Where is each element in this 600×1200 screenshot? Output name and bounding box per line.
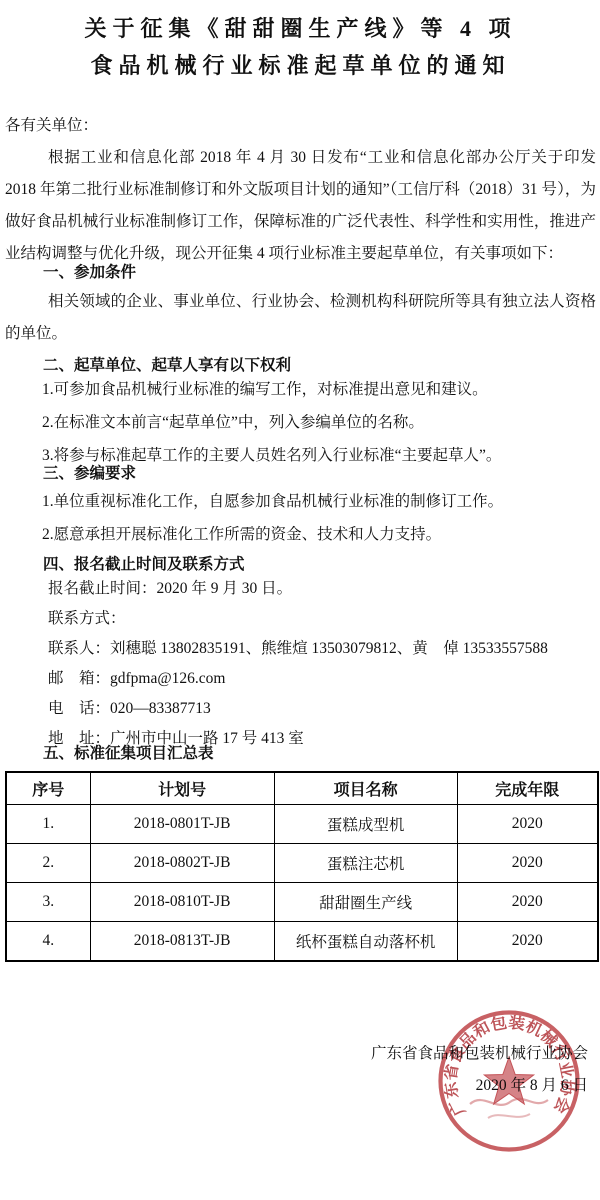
table-cell: 2020 [457,922,598,962]
table-cell: 纸杯蛋糕自动落杯机 [274,922,457,962]
table-cell: 2018-0801T-JB [90,805,274,844]
table-row: 3. 2018-0810T-JB 甜甜圈生产线 2020 [6,883,598,922]
table-header-cell: 项目名称 [274,772,457,805]
notice-document: 关于征集《甜甜圈生产线》等 4 项 食品机械行业标准起草单位的通知 各有关单位：… [0,0,600,1200]
section-2-items: 1.可参加食品机械行业标准的编写工作，对标准提出意见和建议。 2.在标准文本前言… [5,373,596,472]
table-cell: 蛋糕成型机 [274,805,457,844]
contact-method-label: 联系方式： [48,604,596,634]
table-header-cell: 完成年限 [457,772,598,805]
salutation: 各有关单位： [5,111,596,141]
table-cell: 2020 [457,805,598,844]
list-item: 2.愿意承担开展标准化工作所需的资金、技术和人力支持。 [42,518,596,551]
list-item: 1.单位重视标准化工作，自愿参加食品机械行业标准的制修订工作。 [42,485,596,518]
list-item: 2.在标准文本前言“起草单位”中，列入参编单位的名称。 [42,406,596,439]
table-cell: 2018-0802T-JB [90,844,274,883]
intro-paragraph: 根据工业和信息化部 2018 年 4 月 30 日发布“工业和信息化部办公厅关于… [5,142,596,270]
table-cell: 2020 [457,883,598,922]
table-cell: 2020 [457,844,598,883]
table-cell: 蛋糕注芯机 [274,844,457,883]
table-row: 4. 2018-0813T-JB 纸杯蛋糕自动落杯机 2020 [6,922,598,962]
signature-block: 广东省食品和包装机械行业协会 2020 年 8 月 6 日 [5,1038,596,1102]
section-1-paragraph: 相关领域的企业、事业单位、行业协会、检测机构科研院所等具有独立法人资格的单位。 [5,286,596,350]
table-cell: 2018-0810T-JB [90,883,274,922]
table-row: 1. 2018-0801T-JB 蛋糕成型机 2020 [6,805,598,844]
summary-table: 序号 计划号 项目名称 完成年限 1. 2018-0801T-JB 蛋糕成型机 … [5,771,599,962]
section-3-items: 1.单位重视标准化工作，自愿参加食品机械行业标准的制修订工作。 2.愿意承担开展… [5,485,596,551]
page-title-line-1: 关于征集《甜甜圈生产线》等 4 项 [5,10,596,47]
email-line: 邮 箱：gdfpma@126.com [48,664,596,694]
table-cell: 4. [6,922,90,962]
table-cell: 2. [6,844,90,883]
phone-line: 电 话：020—83387713 [48,694,596,724]
table-row: 2. 2018-0802T-JB 蛋糕注芯机 2020 [6,844,598,883]
contact-persons-line: 联系人：刘穗聪 13802835191、熊维煊 13503079812、黄 倬 … [48,634,596,664]
contact-info: 报名截止时间：2020 年 9 月 30 日。 联系方式： 联系人：刘穗聪 13… [5,574,596,754]
handwriting-scribble [488,1114,530,1118]
page-title: 关于征集《甜甜圈生产线》等 4 项 食品机械行业标准起草单位的通知 [5,10,596,84]
table-header-cell: 计划号 [90,772,274,805]
signature-date: 2020 年 8 月 6 日 [5,1070,588,1102]
table-header-cell: 序号 [6,772,90,805]
deadline-line: 报名截止时间：2020 年 9 月 30 日。 [48,574,596,604]
table-cell: 甜甜圈生产线 [274,883,457,922]
signature-org: 广东省食品和包装机械行业协会 [5,1038,588,1070]
table-cell: 3. [6,883,90,922]
page-title-line-2: 食品机械行业标准起草单位的通知 [5,47,596,84]
table-cell: 1. [6,805,90,844]
table-header-row: 序号 计划号 项目名称 完成年限 [6,772,598,805]
table-cell: 2018-0813T-JB [90,922,274,962]
list-item: 1.可参加食品机械行业标准的编写工作，对标准提出意见和建议。 [42,373,596,406]
